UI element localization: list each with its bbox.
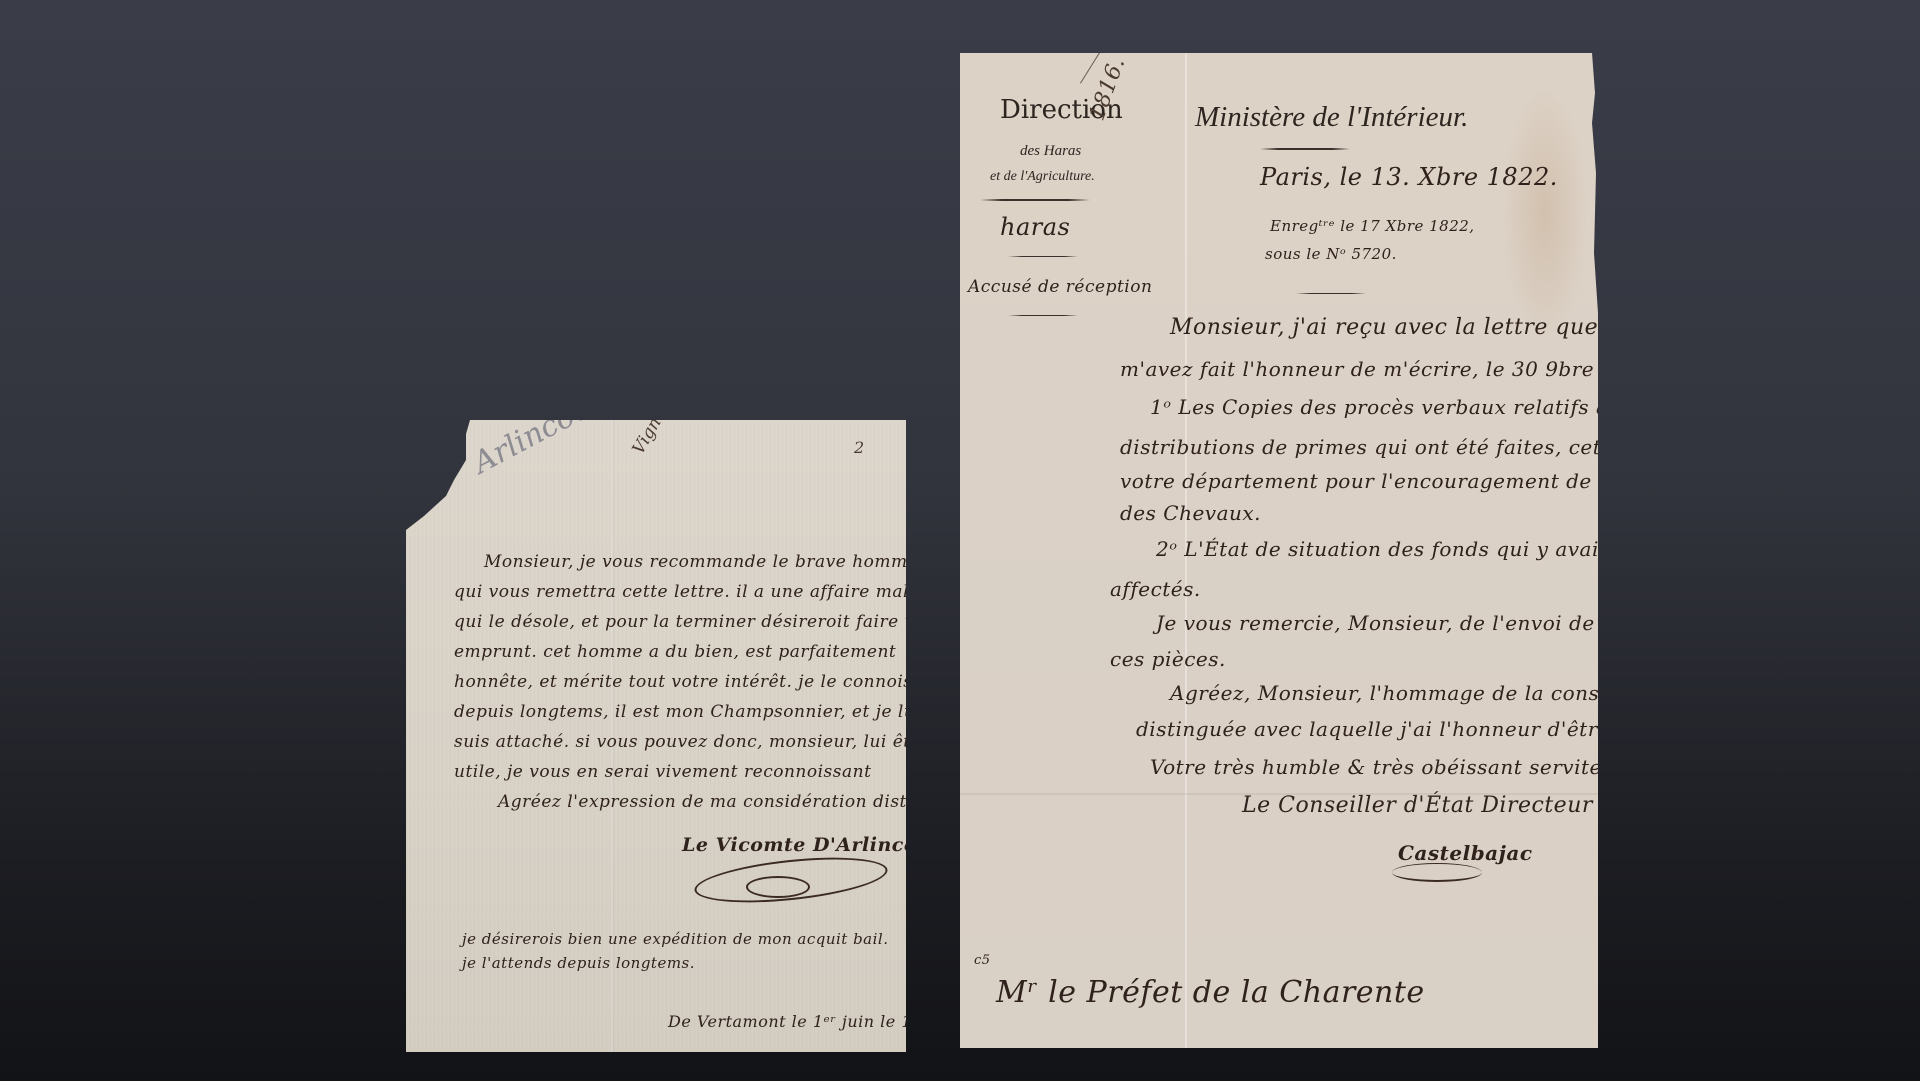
letterhead-haras: des Haras xyxy=(1020,143,1081,160)
registration-line: sous le Nᵒ 5720. xyxy=(1265,245,1397,263)
body-line: Votre très humble & très obéissant servi… xyxy=(1150,755,1625,779)
postscript-line: je désirerois bien une expédition de mon… xyxy=(462,930,889,948)
body-line: utile, je vous en serai vivement reconno… xyxy=(454,762,871,782)
ornament-rule xyxy=(1260,148,1350,150)
body-line: qui le désole, et pour la terminer désir… xyxy=(454,612,927,632)
registration-line: Enregᵗʳᵉ le 17 Xbre 1822, xyxy=(1270,217,1475,235)
body-line: distinguée avec laquelle j'ai l'honneur … xyxy=(1136,717,1610,741)
page-number: 2 xyxy=(854,438,864,457)
margin-subject: haras xyxy=(1000,213,1070,241)
rule xyxy=(1008,256,1078,257)
body-line: 2ᵒ L'État de situation des fonds qui y a… xyxy=(1156,537,1673,561)
body-line: m'avez fait l'honneur de m'écrire, le 30… xyxy=(1120,357,1637,381)
signature-flourish xyxy=(746,876,810,898)
body-line: Agréez, Monsieur, l'hommage de la consid… xyxy=(1170,681,1696,705)
body-line: Agréez l'expression de ma considération … xyxy=(498,792,968,812)
address: Mʳ le Préfet de la Charente xyxy=(996,975,1425,1010)
body-line: des Chevaux. xyxy=(1120,501,1261,525)
body-line: ces pièces. xyxy=(1110,647,1226,671)
body-line: Monsieur, j'ai reçu avec la lettre que v… xyxy=(1170,315,1659,340)
ornament-rule xyxy=(980,199,1090,201)
date-line: Paris, le 13. Xbre 1822. xyxy=(1260,163,1558,191)
archive-pencil-note: Arlincourt (Vᵗᵉ) xyxy=(468,343,686,481)
body-line: affectés. xyxy=(1110,577,1201,601)
signature: Le Vicomte D'Arlincourt xyxy=(682,834,951,856)
body-line: distributions de primes qui ont été fait… xyxy=(1120,435,1756,459)
signature-title: Le Conseiller d'État Directeur xyxy=(1242,793,1593,818)
rule xyxy=(1008,315,1078,316)
rule xyxy=(1296,293,1366,294)
body-line: suis attaché. si vous pouvez donc, monsi… xyxy=(454,732,930,752)
place-date-note: Vigneuil le 20. xyxy=(629,340,709,458)
closing-note: De Vertamont le 1ᵉʳ juin le 19 juin. xyxy=(668,1012,967,1031)
letter-small: Arlincourt (Vᵗᵉ) Vigneuil le 20. 2 Monsi… xyxy=(406,420,906,1052)
margin-type: Accusé de réception xyxy=(968,277,1152,297)
letterhead-ministry: Ministère de l'Intérieur. xyxy=(1195,101,1468,134)
body-line: honnête, et mérite tout votre intérêt. j… xyxy=(454,672,912,692)
address-note: c5 xyxy=(974,953,991,968)
body-line: Je vous remercie, Monsieur, de l'envoi d… xyxy=(1156,611,1595,635)
body-line: qui vous remettra cette lettre. il a une… xyxy=(454,582,993,602)
body-line: 1ᵒ Les Copies des procès verbaux relatif… xyxy=(1150,395,1634,419)
body-line: votre département pour l'encouragement d… xyxy=(1120,469,1719,493)
body-line: depuis longtems, il est mon Champsonnier… xyxy=(454,702,921,722)
signature: Castelbajac xyxy=(1398,841,1533,865)
signature-flourish xyxy=(1392,863,1482,882)
letter-large: Direction des Haras et de l'Agriculture.… xyxy=(960,53,1598,1048)
postscript-line: je l'attends depuis longtems. xyxy=(462,954,695,972)
letterhead-agriculture: et de l'Agriculture. xyxy=(990,169,1095,185)
body-line: Monsieur, je vous recommande le brave ho… xyxy=(484,552,918,572)
body-line: emprunt. cet homme a du bien, est parfai… xyxy=(454,642,896,662)
